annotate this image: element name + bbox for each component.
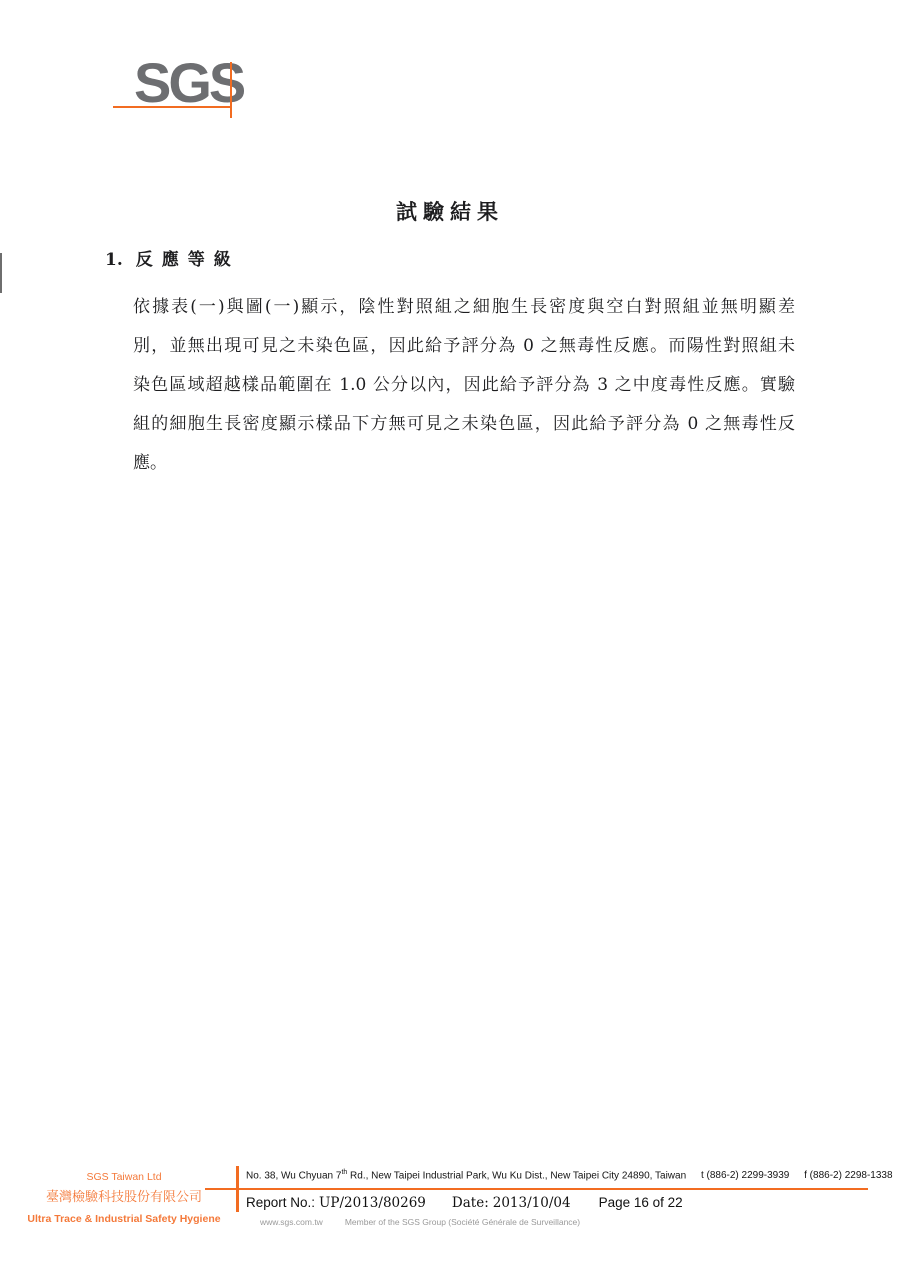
footer-company-en: SGS Taiwan Ltd: [18, 1169, 230, 1185]
logo-underline: [113, 106, 232, 108]
date-value: 2013/10/04: [493, 1195, 571, 1211]
paragraph-line: 依據表(一)與圖(一)顯示，陰性對照組之細胞生長密度與空白對照組並無明顯差: [133, 288, 795, 327]
sgs-logo-text: SGS: [134, 60, 243, 106]
footer-company-block: SGS Taiwan Ltd 臺灣檢驗科技股份有限公司 Ultra Trace …: [18, 1169, 230, 1229]
footer-membership-line: www.sgs.com.twMember of the SGS Group (S…: [260, 1217, 580, 1227]
footer-address-rest: Rd., New Taipei Industrial Park, Wu Ku D…: [347, 1170, 686, 1181]
footer-address: No. 38, Wu Chyuan 7th Rd., New Taipei In…: [246, 1169, 893, 1181]
scan-artifact: [0, 253, 2, 293]
paragraph-line: 染色區域超越樣品範圍在 1.0 公分以內，因此給予評分為 3 之中度毒性反應。實…: [133, 366, 795, 405]
footer-divider-horizontal: [205, 1188, 868, 1190]
report-no-value: UP/2013/80269: [319, 1195, 426, 1211]
report-no-label: Report No.:: [246, 1195, 315, 1210]
logo-vertical-line: [230, 62, 232, 118]
footer-member-text: Member of the SGS Group (Société Général…: [345, 1217, 580, 1227]
date-label: Date:: [452, 1195, 489, 1211]
page-number-text: Page 16 of 22: [599, 1195, 683, 1210]
footer-tel: t (886-2) 2299-3939: [701, 1170, 789, 1181]
body-paragraph: 依據表(一)與圖(一)顯示，陰性對照組之細胞生長密度與空白對照組並無明顯差 別，…: [133, 288, 795, 483]
page-title: 試驗結果: [0, 196, 894, 226]
section-heading: 1.反應等級: [105, 245, 240, 270]
section-title: 反應等級: [136, 250, 240, 270]
footer-division: Ultra Trace & Industrial Safety Hygiene: [18, 1209, 230, 1229]
paragraph-line: 別，並無出現可見之未染色區，因此給予評分為 0 之無毒性反應。而陽性對照組未: [133, 327, 795, 366]
paragraph-line: 組的細胞生長密度顯示樣品下方無可見之未染色區，因此給予評分為 0 之無毒性反: [133, 405, 795, 444]
footer-report-line: Report No.:UP/2013/80269Date:2013/10/04P…: [246, 1195, 683, 1211]
footer-company-zh: 臺灣檢驗科技股份有限公司: [18, 1185, 230, 1209]
paragraph-line: 應。: [133, 444, 795, 483]
footer-fax: f (886-2) 2298-1338: [804, 1170, 892, 1181]
section-number: 1.: [105, 250, 123, 270]
footer-website: www.sgs.com.tw: [260, 1217, 323, 1227]
footer-address-text: No. 38, Wu Chyuan 7: [246, 1170, 341, 1181]
